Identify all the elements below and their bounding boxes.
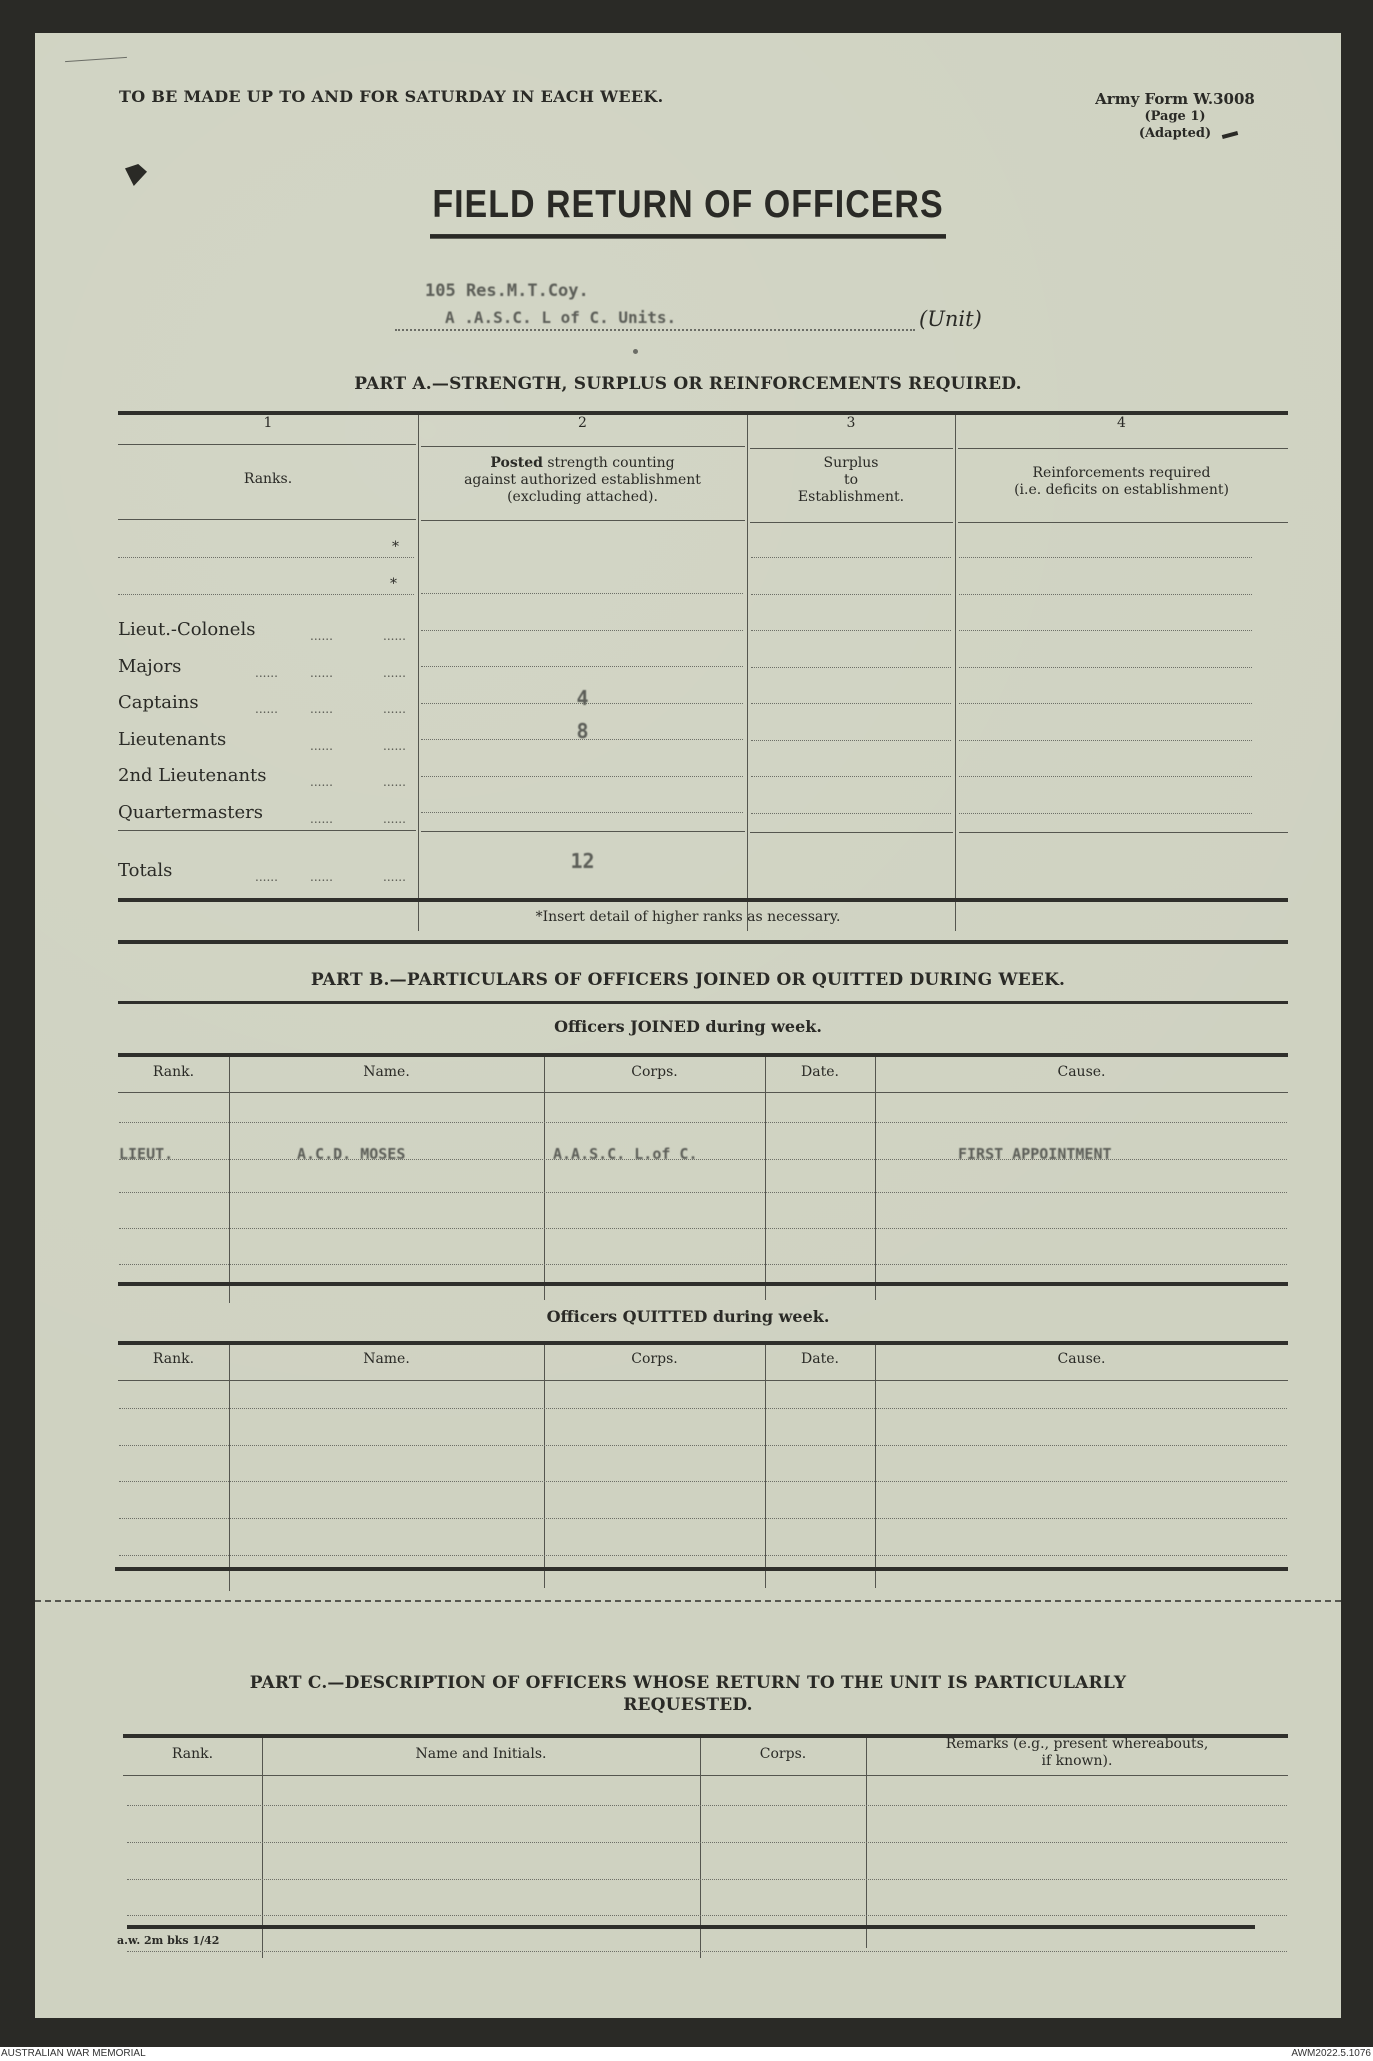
pencil-stroke bbox=[65, 57, 127, 62]
joined-col-corps: Corps. bbox=[544, 1064, 765, 1081]
print-code: a.w. 2m bks 1/42 bbox=[117, 1934, 219, 1947]
joined-corps-value[interactable]: A.A.S.C. L.of C. bbox=[553, 1145, 698, 1163]
joined-col-cause: Cause. bbox=[875, 1064, 1288, 1081]
rank-2nd-lieutenants: 2nd Lieutenants bbox=[118, 765, 267, 786]
rank-lieut-colonels: Lieut.-Colonels bbox=[118, 619, 255, 640]
star-marker: * bbox=[392, 539, 399, 555]
rank-totals: Totals bbox=[118, 860, 172, 881]
joined-col-rank: Rank. bbox=[118, 1064, 229, 1081]
punch-hole bbox=[125, 164, 147, 186]
unit-dotted-line bbox=[395, 329, 915, 331]
archive-caption: AUSTRALIAN WAR MEMORIAL AWM2022.5.1076 bbox=[0, 2047, 1373, 2061]
ink-dot bbox=[633, 349, 638, 354]
posted-totals[interactable]: 12 bbox=[418, 849, 747, 873]
posted-captains[interactable]: 4 bbox=[418, 686, 747, 710]
joined-col-name: Name. bbox=[229, 1064, 544, 1081]
archive-id: AWM2022.5.1076 bbox=[1291, 2047, 1371, 2061]
form-identifier: Army Form W.3008 (Page 1) (Adapted) bbox=[1045, 91, 1305, 142]
instruction-text: TO BE MADE UP TO AND FOR SATURDAY IN EAC… bbox=[119, 87, 663, 106]
joined-name-value[interactable]: A.C.D. MOSES bbox=[297, 1145, 405, 1163]
form-page: (Page 1) bbox=[1045, 108, 1305, 125]
quitted-col-rank: Rank. bbox=[118, 1351, 229, 1368]
part-c-col-name: Name and Initials. bbox=[262, 1746, 700, 1763]
archive-name: AUSTRALIAN WAR MEMORIAL bbox=[1, 2047, 146, 2061]
part-b-heading: PART B.—PARTICULARS OF OFFICERS JOINED O… bbox=[35, 970, 1341, 990]
posted-lieutenants[interactable]: 8 bbox=[418, 719, 747, 743]
col-header-posted: Posted strength counting against authori… bbox=[418, 455, 747, 506]
unit-label: (Unit) bbox=[919, 307, 982, 331]
quitted-heading: Officers QUITTED during week. bbox=[35, 1307, 1341, 1326]
col-header-ranks: Ranks. bbox=[118, 471, 418, 488]
joined-heading: Officers JOINED during week. bbox=[35, 1017, 1341, 1036]
rank-majors: Majors bbox=[118, 656, 181, 677]
col-header-surplus: Surplus to Establishment. bbox=[747, 455, 955, 506]
form-number: Army Form W.3008 bbox=[1045, 91, 1305, 108]
joined-cause-value[interactable]: FIRST APPOINTMENT bbox=[958, 1145, 1112, 1163]
quitted-col-name: Name. bbox=[229, 1351, 544, 1368]
form-page: TO BE MADE UP TO AND FOR SATURDAY IN EAC… bbox=[35, 33, 1341, 2018]
quitted-col-date: Date. bbox=[765, 1351, 875, 1368]
col-number-4: 4 bbox=[955, 415, 1288, 431]
form-note: (Adapted) bbox=[1045, 125, 1305, 142]
col-header-reinforcements: Reinforcements required (i.e. deficits o… bbox=[955, 465, 1288, 499]
part-c-col-remarks: Remarks (e.g., present whereabouts, if k… bbox=[866, 1736, 1288, 1770]
col-number-1: 1 bbox=[118, 415, 418, 431]
rank-lieutenants: Lieutenants bbox=[118, 729, 226, 750]
rank-quartermasters: Quartermasters bbox=[118, 802, 263, 823]
unit-typed-line2: A .A.S.C. L of C. Units. bbox=[445, 308, 676, 327]
part-c-col-corps: Corps. bbox=[700, 1746, 866, 1763]
part-c-col-rank: Rank. bbox=[123, 1746, 262, 1763]
star-marker: * bbox=[390, 576, 397, 592]
col-number-3: 3 bbox=[747, 415, 955, 431]
joined-rank-value[interactable]: LIEUT. bbox=[119, 1145, 173, 1163]
part-a-footnote: *Insert detail of higher ranks as necess… bbox=[35, 909, 1341, 925]
cut-line bbox=[35, 1600, 1341, 1602]
col-number-2: 2 bbox=[418, 415, 747, 431]
part-a-heading: PART A.—STRENGTH, SURPLUS OR REINFORCEME… bbox=[35, 374, 1341, 394]
page-title-text: FIELD RETURN OF OFFICERS bbox=[430, 182, 945, 238]
quitted-col-cause: Cause. bbox=[875, 1351, 1288, 1368]
rank-captains: Captains bbox=[118, 692, 199, 713]
joined-col-date: Date. bbox=[765, 1064, 875, 1081]
page-title: FIELD RETURN OF OFFICERS bbox=[35, 186, 1341, 235]
quitted-col-corps: Corps. bbox=[544, 1351, 765, 1368]
unit-typed-line1: 105 Res.M.T.Coy. bbox=[425, 281, 589, 301]
part-c-heading: PART C.—DESCRIPTION OF OFFICERS WHOSE RE… bbox=[35, 1672, 1341, 1716]
